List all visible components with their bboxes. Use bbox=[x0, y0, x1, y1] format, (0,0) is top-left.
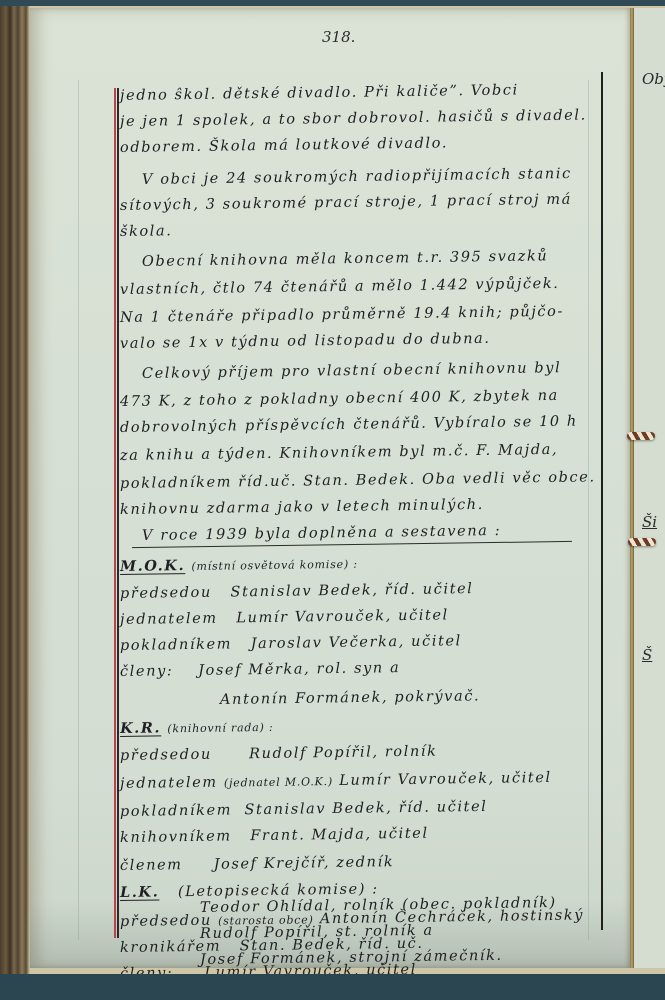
text-line: škola. bbox=[120, 223, 173, 240]
facing-page-edge: Obyv Ši Š bbox=[634, 8, 665, 968]
member-note: (jednatel M.O.K.) bbox=[224, 775, 333, 790]
member-person: Frant. Majda, učitel bbox=[250, 826, 429, 844]
binding-stitch bbox=[628, 538, 656, 546]
member-role: jednatelem bbox=[120, 775, 218, 792]
margin-rule-dark bbox=[117, 88, 119, 938]
member-person: Josef Měrka, rol. syn a bbox=[198, 660, 400, 679]
margin-rule-red bbox=[114, 88, 116, 938]
committee-abbr: K.R. bbox=[120, 719, 161, 737]
faint-ruling-line bbox=[78, 80, 79, 940]
member-role: pokladníkem bbox=[120, 802, 232, 820]
page-number: 318. bbox=[322, 28, 355, 46]
member-person: Stanislav Bedek, říd. učitel bbox=[230, 581, 473, 600]
member-role: pokladníkem bbox=[120, 636, 232, 654]
member-person: Lumír Vavrouček, učitel bbox=[339, 770, 552, 789]
member-person: Rudolf Popířil, st. rolník a bbox=[200, 923, 434, 942]
member-role: předsedou bbox=[120, 747, 212, 764]
committee-name: (místní osvětová komise) : bbox=[191, 558, 358, 573]
committee-abbr: L.K. bbox=[120, 883, 160, 901]
committee-name: (knihovní rada) : bbox=[167, 721, 273, 735]
member-person: Josef Krejčíř, zedník bbox=[214, 854, 395, 873]
member-row: Rudolf Popířil, st. rolník a bbox=[200, 923, 434, 942]
member-person: Rudolf Popířil, rolník bbox=[249, 744, 438, 763]
member-role: knihovníkem bbox=[120, 828, 232, 846]
member-role: předsedou bbox=[120, 913, 212, 930]
binding-stitch bbox=[627, 432, 655, 440]
member-role: členem bbox=[120, 857, 183, 874]
facing-page-word: Ši bbox=[642, 513, 657, 531]
member-person: Jaroslav Večerka, učitel bbox=[251, 633, 462, 652]
right-margin-rule bbox=[601, 72, 603, 930]
facing-page-word: Obyv bbox=[642, 70, 665, 88]
member-role: předsedou bbox=[120, 585, 212, 602]
member-person: Lumír Vavrouček, učitel bbox=[236, 607, 449, 626]
member-role: členy: bbox=[120, 663, 174, 680]
member-role: jednatelem bbox=[120, 611, 218, 628]
facing-page-word: Š bbox=[642, 646, 652, 664]
committee-header-kr: K.R. (knihovní rada) : bbox=[120, 718, 274, 737]
committee-abbr: M.O.K. bbox=[120, 557, 185, 575]
committee-header-mok: M.O.K. (místní osvětová komise) : bbox=[120, 555, 358, 575]
table-surface bbox=[0, 974, 665, 1000]
member-person: Stanislav Bedek, říd. učitel bbox=[244, 799, 487, 818]
faint-ruling-line bbox=[588, 80, 589, 940]
